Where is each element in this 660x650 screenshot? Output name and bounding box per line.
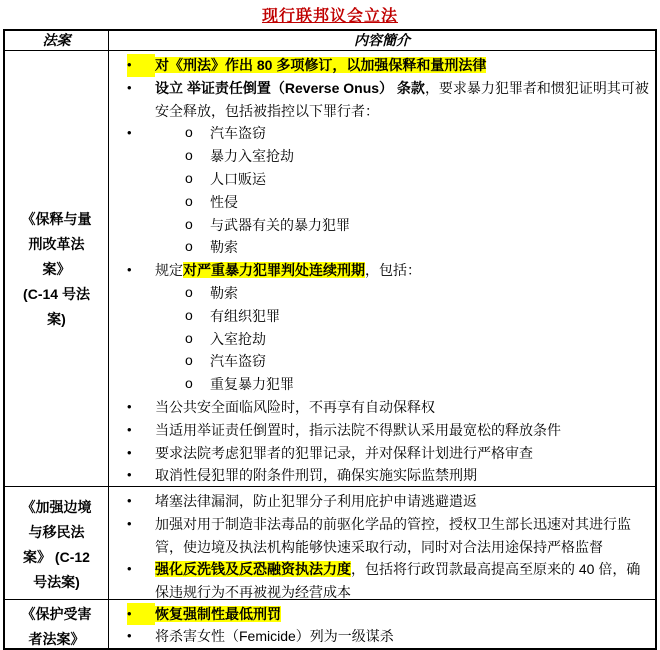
text-segment: 汽车盗窃 bbox=[210, 125, 266, 141]
page-title: 现行联邦议会立法 bbox=[0, 3, 660, 26]
circle-bullet-icon: o bbox=[185, 372, 193, 395]
list-item: o勒索 bbox=[109, 282, 649, 305]
table-row: 《保护受害者法案》•恢复强制性最低刑罚•将杀害女性（Femicide）列为一级谋… bbox=[5, 600, 655, 648]
bill-cell: 《加强边境与移民法案》 (C-12号法案) bbox=[5, 487, 109, 604]
bill-line: 刑改革法 bbox=[29, 232, 85, 257]
list-item: o重复暴力犯罪 bbox=[109, 373, 649, 396]
item-text: 重复暴力犯罪 bbox=[210, 376, 294, 392]
bill-line: 案) bbox=[47, 307, 66, 332]
bill-line: 者法案》 bbox=[29, 627, 85, 650]
list-item: o人口贩运 bbox=[109, 168, 649, 191]
document-page: 现行联邦议会立法 法案 内容簡介 《保释与量刑改革法案》(C-14 号法案)•对… bbox=[0, 0, 660, 650]
list-item: •规定对严重暴力犯罪判处连续刑期，包括： bbox=[109, 259, 649, 282]
list-item: •要求法院考虑犯罪者的犯罪记录，并对保释计划进行严格审查 bbox=[109, 442, 649, 465]
circle-bullet-icon: o bbox=[185, 213, 193, 236]
table-body: 《保释与量刑改革法案》(C-14 号法案)•对《刑法》作出 80 多项修订，以加… bbox=[5, 51, 655, 648]
list-item: •o汽车盗窃 bbox=[109, 122, 649, 145]
item-text: 勒索 bbox=[210, 239, 238, 255]
list-item: o勒索 bbox=[109, 236, 649, 259]
text-segment: 恢复强制性最低刑罚 bbox=[155, 606, 281, 622]
table-row: 《加强边境与移民法案》 (C-12号法案)•堵塞法律漏洞，防止犯罪分子利用庇护申… bbox=[5, 487, 655, 600]
circle-bullet-icon: o bbox=[185, 281, 193, 304]
list-item: o入室抢劫 bbox=[109, 328, 649, 351]
text-segment: 对《刑法》作出 80 多项修订，以加强保释和量刑法律 bbox=[155, 57, 486, 73]
list-item: •当适用举证责任倒置时，指示法院不得默认采用最宽松的释放条件 bbox=[109, 419, 649, 442]
item-text: 有组织犯罪 bbox=[210, 308, 280, 324]
text-segment: 当适用举证责任倒置时，指示法院不得默认采用最宽松的释放条件 bbox=[155, 422, 561, 438]
item-text: 取消性侵犯罪的附条件刑罚，确保实施实际监禁刑期 bbox=[155, 467, 477, 483]
text-segment: 加强对用于制造非法毒品的前驱化学品的管控，授权卫生部长迅速对其进行监管，使边境及… bbox=[155, 516, 631, 555]
text-segment: 性侵 bbox=[210, 194, 238, 210]
circle-bullet-icon: o bbox=[185, 235, 193, 258]
bullet-icon: • bbox=[127, 77, 155, 100]
item-text: 对《刑法》作出 80 多项修订，以加强保释和量刑法律 bbox=[155, 57, 486, 73]
legislation-table: 法案 内容簡介 《保释与量刑改革法案》(C-14 号法案)•对《刑法》作出 80… bbox=[3, 29, 657, 650]
item-text: 将杀害女性（Femicide）列为一级谋杀 bbox=[155, 628, 394, 644]
text-segment: 汽车盗窃 bbox=[210, 353, 266, 369]
bill-line: 与移民法 bbox=[29, 520, 85, 545]
text-segment: ，包括： bbox=[365, 262, 421, 278]
item-text: 性侵 bbox=[210, 194, 238, 210]
list-item: o汽车盗窃 bbox=[109, 350, 649, 373]
text-segment: 与武器有关的暴力犯罪 bbox=[210, 217, 350, 233]
bullet-icon: • bbox=[127, 442, 155, 465]
bullet-icon: • bbox=[127, 464, 155, 487]
item-text: 汽车盗窃 bbox=[210, 353, 266, 369]
list-item: •将杀害女性（Femicide）列为一级谋杀 bbox=[109, 625, 649, 648]
item-text: 与武器有关的暴力犯罪 bbox=[210, 217, 350, 233]
list-item: o有组织犯罪 bbox=[109, 305, 649, 328]
list-item: •堵塞法律漏洞，防止犯罪分子利用庇护申请逃避遣返 bbox=[109, 490, 649, 513]
list-item: o暴力入室抢劫 bbox=[109, 145, 649, 168]
text-segment: 将杀害女性（Femicide）列为一级谋杀 bbox=[155, 628, 394, 644]
circle-bullet-icon: o bbox=[185, 190, 193, 213]
text-segment: 勒索 bbox=[210, 239, 238, 255]
bill-header-cell: 法案 bbox=[5, 31, 109, 50]
content-cell: •堵塞法律漏洞，防止犯罪分子利用庇护申请逃避遣返•加强对用于制造非法毒品的前驱化… bbox=[109, 487, 655, 604]
circle-bullet-icon: o bbox=[185, 121, 193, 144]
bill-line: 《保护受害 bbox=[22, 602, 92, 627]
bill-cell: 《保释与量刑改革法案》(C-14 号法案) bbox=[5, 51, 109, 487]
text-segment: 有组织犯罪 bbox=[210, 308, 280, 324]
bill-line: 号法案) bbox=[33, 570, 80, 595]
table-row: 《保释与量刑改革法案》(C-14 号法案)•对《刑法》作出 80 多项修订，以加… bbox=[5, 51, 655, 487]
circle-bullet-icon: o bbox=[185, 304, 193, 327]
bullet-icon: • bbox=[127, 603, 155, 626]
circle-bullet-icon: o bbox=[185, 327, 193, 350]
item-text: 当适用举证责任倒置时，指示法院不得默认采用最宽松的释放条件 bbox=[155, 422, 561, 438]
list-item: •当公共安全面临风险时，不再享有自动保释权 bbox=[109, 396, 649, 419]
list-item: •强化反洗钱及反恐融资执法力度，包括将行政罚款最高提高至原来的 40 倍，确保违… bbox=[109, 558, 649, 604]
item-text: 堵塞法律漏洞，防止犯罪分子利用庇护申请逃避遣返 bbox=[155, 493, 477, 509]
text-segment: 强化反洗钱及反恐融资执法力度 bbox=[155, 561, 351, 577]
item-text: 入室抢劫 bbox=[210, 331, 266, 347]
circle-bullet-icon: o bbox=[185, 167, 193, 190]
text-segment: 当公共安全面临风险时，不再享有自动保释权 bbox=[155, 399, 435, 415]
bullet-icon: • bbox=[127, 419, 155, 442]
item-text: 强化反洗钱及反恐融资执法力度，包括将行政罚款最高提高至原来的 40 倍，确保违规… bbox=[155, 561, 640, 600]
list-item: o性侵 bbox=[109, 191, 649, 214]
text-segment: 勒索 bbox=[210, 285, 238, 301]
table-header-row: 法案 内容簡介 bbox=[5, 31, 655, 51]
bullet-icon: • bbox=[127, 54, 155, 77]
item-text: 恢复强制性最低刑罚 bbox=[155, 606, 281, 622]
item-text: 汽车盗窃 bbox=[210, 125, 266, 141]
text-segment: 重复暴力犯罪 bbox=[210, 376, 294, 392]
item-text: 暴力入室抢劫 bbox=[210, 148, 294, 164]
text-segment: 设立 举证责任倒置（Reverse Onus） 条款 bbox=[155, 80, 425, 96]
text-segment: 取消性侵犯罪的附条件刑罚，确保实施实际监禁刑期 bbox=[155, 467, 477, 483]
list-item: •对《刑法》作出 80 多项修订，以加强保释和量刑法律 bbox=[109, 54, 649, 77]
item-text: 人口贩运 bbox=[210, 171, 266, 187]
bill-line: 《加强边境 bbox=[22, 495, 92, 520]
bullet-icon: • bbox=[127, 122, 155, 145]
bill-cell: 《保护受害者法案》 bbox=[5, 600, 109, 650]
item-text: 当公共安全面临风险时，不再享有自动保释权 bbox=[155, 399, 435, 415]
list-item: o与武器有关的暴力犯罪 bbox=[109, 214, 649, 237]
bill-line: 《保释与量 bbox=[22, 207, 92, 232]
list-item: •恢复强制性最低刑罚 bbox=[109, 603, 649, 626]
text-segment: 要求法院考虑犯罪者的犯罪记录，并对保释计划进行严格审查 bbox=[155, 445, 533, 461]
item-text: 要求法院考虑犯罪者的犯罪记录，并对保释计划进行严格审查 bbox=[155, 445, 533, 461]
text-segment: 规定 bbox=[155, 262, 183, 278]
item-text: 设立 举证责任倒置（Reverse Onus） 条款，要求暴力犯罪者和惯犯证明其… bbox=[155, 80, 649, 119]
list-item: •取消性侵犯罪的附条件刑罚，确保实施实际监禁刑期 bbox=[109, 464, 649, 487]
item-text: 加强对用于制造非法毒品的前驱化学品的管控，授权卫生部长迅速对其进行监管，使边境及… bbox=[155, 516, 631, 555]
text-segment: 人口贩运 bbox=[210, 171, 266, 187]
item-text: 勒索 bbox=[210, 285, 238, 301]
bullet-icon: • bbox=[127, 513, 155, 536]
bill-line: 案》 bbox=[43, 257, 71, 282]
summary-header-cell: 内容簡介 bbox=[109, 31, 655, 50]
bullet-icon: • bbox=[127, 259, 155, 282]
content-cell: •对《刑法》作出 80 多项修订，以加强保释和量刑法律•设立 举证责任倒置（Re… bbox=[109, 51, 655, 487]
item-text: 规定对严重暴力犯罪判处连续刑期，包括： bbox=[155, 262, 421, 278]
text-segment: 暴力入室抢劫 bbox=[210, 148, 294, 164]
list-item: •设立 举证责任倒置（Reverse Onus） 条款，要求暴力犯罪者和惯犯证明… bbox=[109, 77, 649, 123]
text-segment: 入室抢劫 bbox=[210, 331, 266, 347]
bill-line: (C-14 号法 bbox=[23, 282, 90, 307]
circle-bullet-icon: o bbox=[185, 349, 193, 372]
bullet-icon: • bbox=[127, 558, 155, 581]
text-segment: 对严重暴力犯罪判处连续刑期 bbox=[183, 262, 365, 278]
circle-bullet-icon: o bbox=[185, 144, 193, 167]
list-item: •加强对用于制造非法毒品的前驱化学品的管控，授权卫生部长迅速对其进行监管，使边境… bbox=[109, 513, 649, 559]
bullet-icon: • bbox=[127, 625, 155, 648]
bullet-icon: • bbox=[127, 396, 155, 419]
text-segment: 堵塞法律漏洞，防止犯罪分子利用庇护申请逃避遣返 bbox=[155, 493, 477, 509]
bullet-icon: • bbox=[127, 490, 155, 513]
content-cell: •恢复强制性最低刑罚•将杀害女性（Femicide）列为一级谋杀 bbox=[109, 600, 655, 650]
bill-line: 案》 (C-12 bbox=[23, 545, 90, 570]
